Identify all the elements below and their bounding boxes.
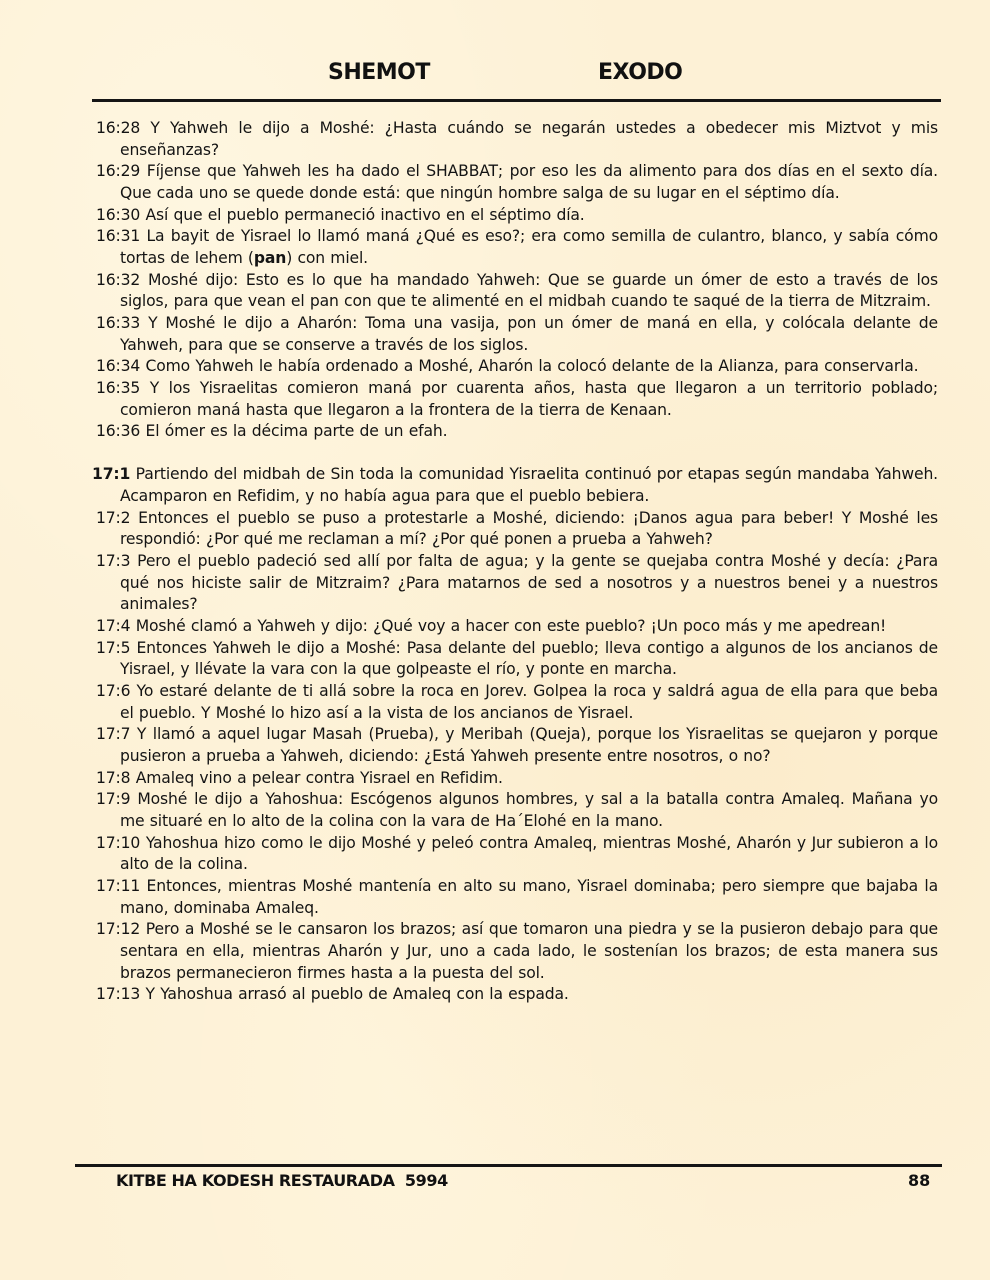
emphasized-word: pan [254, 249, 286, 267]
verse-text: La bayit de Yisrael lo llamó maná ¿Qué e… [120, 227, 938, 267]
verse-text: Y los Yisraelitas comieron maná por cuar… [120, 379, 938, 419]
verse-ref: 16:36 [96, 422, 140, 440]
verse-17-9: 17:9 Moshé le dijo a Yahoshua: Escógenos… [96, 789, 938, 832]
verse-ref: 17:10 [96, 834, 140, 852]
chapter-gap [96, 443, 938, 465]
verse-ref: 17:9 [96, 790, 130, 808]
verse-ref: 16:33 [96, 314, 140, 332]
verse-ref: 17:6 [96, 682, 130, 700]
book-title-spanish: EXODO [598, 60, 682, 85]
verse-ref: 17:7 [96, 725, 130, 743]
verse-16-35: 16:35 Y los Yisraelitas comieron maná po… [96, 378, 938, 421]
verse-text: Amaleq vino a pelear contra Yisrael en R… [130, 769, 502, 787]
book-title-hebrew: SHEMOT [328, 60, 430, 85]
verse-text: Fíjense que Yahweh les ha dado el SHABBA… [120, 162, 938, 202]
verse-17-13: 17:13 Y Yahoshua arrasó al pueblo de Ama… [96, 984, 938, 1006]
verse-text: Yahoshua hizo como le dijo Moshé y peleó… [120, 834, 938, 874]
page-number: 88 [908, 1171, 930, 1190]
verse-ref: 16:29 [96, 162, 140, 180]
verse-text: Entonces, mientras Moshé mantenía en alt… [120, 877, 938, 917]
verse-ref: 17:2 [96, 509, 130, 527]
verse-17-2: 17:2 Entonces el pueblo se puso a protes… [96, 508, 938, 551]
verse-16-32: 16:32 Moshé dijo: Esto es lo que ha mand… [96, 270, 938, 313]
verse-text: Y Moshé le dijo a Aharón: Toma una vasij… [120, 314, 938, 354]
verse-text: El ómer es la décima parte de un efah. [140, 422, 447, 440]
verse-ref: 17:13 [96, 985, 140, 1003]
footer-book-title: KITBE HA KODESH RESTAURADA 5994 [116, 1171, 448, 1190]
verse-text: Y Yahweh le dijo a Moshé: ¿Hasta cuándo … [120, 119, 938, 159]
verse-17-3: 17:3 Pero el pueblo padeció sed allí por… [96, 551, 938, 616]
verse-ref: 16:31 [96, 227, 140, 245]
header-divider [92, 99, 941, 102]
verse-16-36: 16:36 El ómer es la décima parte de un e… [96, 421, 938, 443]
verse-text: Yo estaré delante de ti allá sobre la ro… [120, 682, 938, 722]
verse-17-6: 17:6 Yo estaré delante de ti allá sobre … [96, 681, 938, 724]
verse-16-31: 16:31 La bayit de Yisrael lo llamó maná … [96, 226, 938, 269]
verse-text: Entonces el pueblo se puso a protestarle… [120, 509, 938, 549]
verse-ref: 16:34 [96, 357, 140, 375]
verse-text: Moshé dijo: Esto es lo que ha mandado Ya… [120, 271, 938, 311]
verse-ref: 16:35 [96, 379, 140, 397]
verse-text: Entonces Yahweh le dijo a Moshé: Pasa de… [120, 639, 938, 679]
verse-16-34: 16:34 Como Yahweh le había ordenado a Mo… [96, 356, 938, 378]
scripture-text: 16:28 Y Yahweh le dijo a Moshé: ¿Hasta c… [96, 118, 938, 1006]
verse-17-1: 17:1 Partiendo del midbah de Sin toda la… [92, 464, 938, 507]
verse-17-10: 17:10 Yahoshua hizo como le dijo Moshé y… [96, 833, 938, 876]
verse-ref: 17:11 [96, 877, 140, 895]
verse-text: Y llamó a aquel lugar Masah (Prueba), y … [120, 725, 938, 765]
verse-ref: 17:5 [96, 639, 130, 657]
verse-17-5: 17:5 Entonces Yahweh le dijo a Moshé: Pa… [96, 638, 938, 681]
verse-text: Como Yahweh le había ordenado a Moshé, A… [140, 357, 918, 375]
verse-17-4: 17:4 Moshé clamó a Yahweh y dijo: ¿Qué v… [96, 616, 938, 638]
verse-17-11: 17:11 Entonces, mientras Moshé mantenía … [96, 876, 938, 919]
verse-text: Moshé clamó a Yahweh y dijo: ¿Qué voy a … [130, 617, 886, 635]
verse-text: Partiendo del midbah de Sin toda la comu… [120, 465, 938, 505]
verse-ref: 17:8 [96, 769, 130, 787]
verse-16-28: 16:28 Y Yahweh le dijo a Moshé: ¿Hasta c… [96, 118, 938, 161]
footer-divider [75, 1164, 942, 1167]
verse-17-7: 17:7 Y llamó a aquel lugar Masah (Prueba… [96, 724, 938, 767]
verse-text: Y Yahoshua arrasó al pueblo de Amaleq co… [140, 985, 569, 1003]
verse-17-12: 17:12 Pero a Moshé se le cansaron los br… [96, 919, 938, 984]
page-header: SHEMOT EXODO [0, 58, 990, 92]
verse-text: Así que el pueblo permaneció inactivo en… [140, 206, 584, 224]
verse-ref: 16:32 [96, 271, 140, 289]
verse-16-30: 16:30 Así que el pueblo permaneció inact… [96, 205, 938, 227]
verse-16-33: 16:33 Y Moshé le dijo a Aharón: Toma una… [96, 313, 938, 356]
verse-ref: 16:30 [96, 206, 140, 224]
chapter-start-ref: 17:1 [92, 465, 130, 483]
verse-ref: 17:3 [96, 552, 130, 570]
verse-16-29: 16:29 Fíjense que Yahweh les ha dado el … [96, 161, 938, 204]
verse-text: Pero a Moshé se le cansaron los brazos; … [120, 920, 938, 981]
verse-ref: 16:28 [96, 119, 140, 137]
verse-text: Pero el pueblo padeció sed allí por falt… [120, 552, 938, 613]
verse-text-end: ) con miel. [286, 249, 368, 267]
verse-text: Moshé le dijo a Yahoshua: Escógenos algu… [120, 790, 938, 830]
verse-ref: 17:12 [96, 920, 140, 938]
verse-ref: 17:4 [96, 617, 130, 635]
verse-17-8: 17:8 Amaleq vino a pelear contra Yisrael… [96, 768, 938, 790]
